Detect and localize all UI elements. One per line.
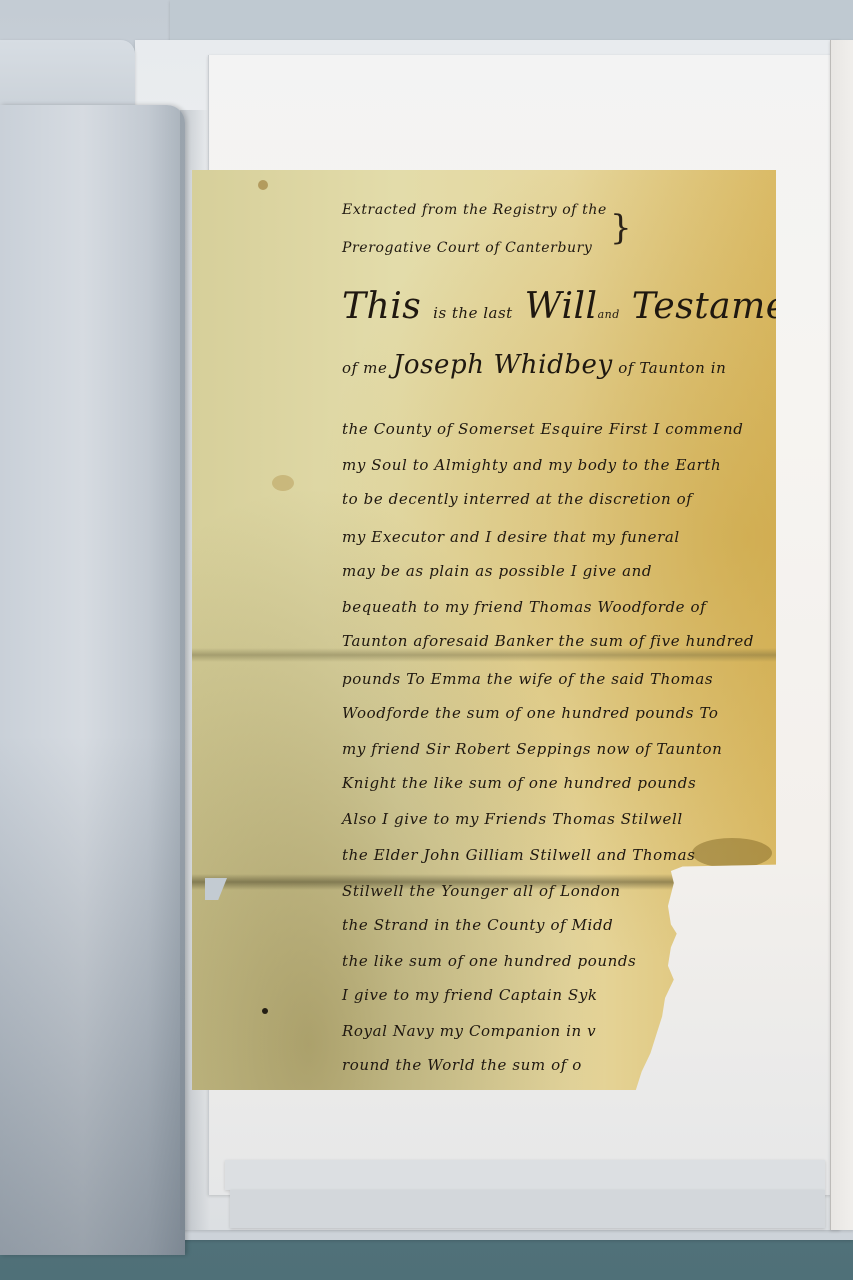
line-text: of me xyxy=(342,359,387,377)
title-and: and xyxy=(598,308,620,321)
document-line: the like sum of one hundred pounds xyxy=(342,952,636,970)
document-line: my Executor and I desire that my funeral xyxy=(342,528,680,546)
tissue-paper-top-strip xyxy=(170,0,853,45)
document-line: bequeath to my friend Thomas Woodforde o… xyxy=(342,598,706,616)
document-line: my friend Sir Robert Seppings now of Tau… xyxy=(342,740,722,758)
tissue-paper-layer xyxy=(225,1160,825,1190)
document-line: Also I give to my Friends Thomas Stilwel… xyxy=(342,810,683,828)
document-line: to be decently interred at the discretio… xyxy=(342,490,692,508)
document-line: pounds To Emma the wife of the said Thom… xyxy=(342,670,713,688)
stain xyxy=(692,838,772,868)
tissue-paper-layer xyxy=(230,1190,825,1228)
header-line-2: Prerogative Court of Canterbury xyxy=(342,240,592,256)
title-this: This xyxy=(342,286,421,327)
document-line: my Soul to Almighty and my body to the E… xyxy=(342,456,721,474)
document-line: the Elder John Gilliam Stilwell and Thom… xyxy=(342,846,695,864)
stain xyxy=(258,180,268,190)
document-line: I give to my friend Captain Syk xyxy=(342,986,598,1004)
document-line: Taunton aforesaid Banker the sum of five… xyxy=(342,632,754,650)
document-line: Woodforde the sum of one hundred pounds … xyxy=(342,704,719,722)
document-line: the County of Somerset Esquire First I c… xyxy=(342,420,743,438)
stain xyxy=(262,1008,268,1014)
document-title: This is the last Willand Testament xyxy=(342,286,826,327)
stain xyxy=(272,475,294,491)
document-line: round the World the sum of o xyxy=(342,1056,582,1074)
tissue-paper-right-edge xyxy=(830,40,853,1230)
document-line: Knight the like sum of one hundred pound… xyxy=(342,774,696,792)
document-line: may be as plain as possible I give and xyxy=(342,562,652,580)
testator-line: of me Joseph Whidbey of Taunton in xyxy=(342,350,726,380)
header-line-1: Extracted from the Registry of the xyxy=(342,202,607,218)
testator-name: Joseph Whidbey xyxy=(393,350,613,380)
line-text: of Taunton in xyxy=(618,359,726,377)
tissue-paper-rolled-left xyxy=(0,105,185,1255)
document-line: the Strand in the County of Midd xyxy=(342,916,613,934)
document-line: Stilwell the Younger all of London xyxy=(342,882,621,900)
title-is-the-last: is the last xyxy=(433,304,513,322)
title-will: Will xyxy=(525,286,598,327)
brace: } xyxy=(610,208,632,248)
document-line: Royal Navy my Companion in v xyxy=(342,1022,596,1040)
